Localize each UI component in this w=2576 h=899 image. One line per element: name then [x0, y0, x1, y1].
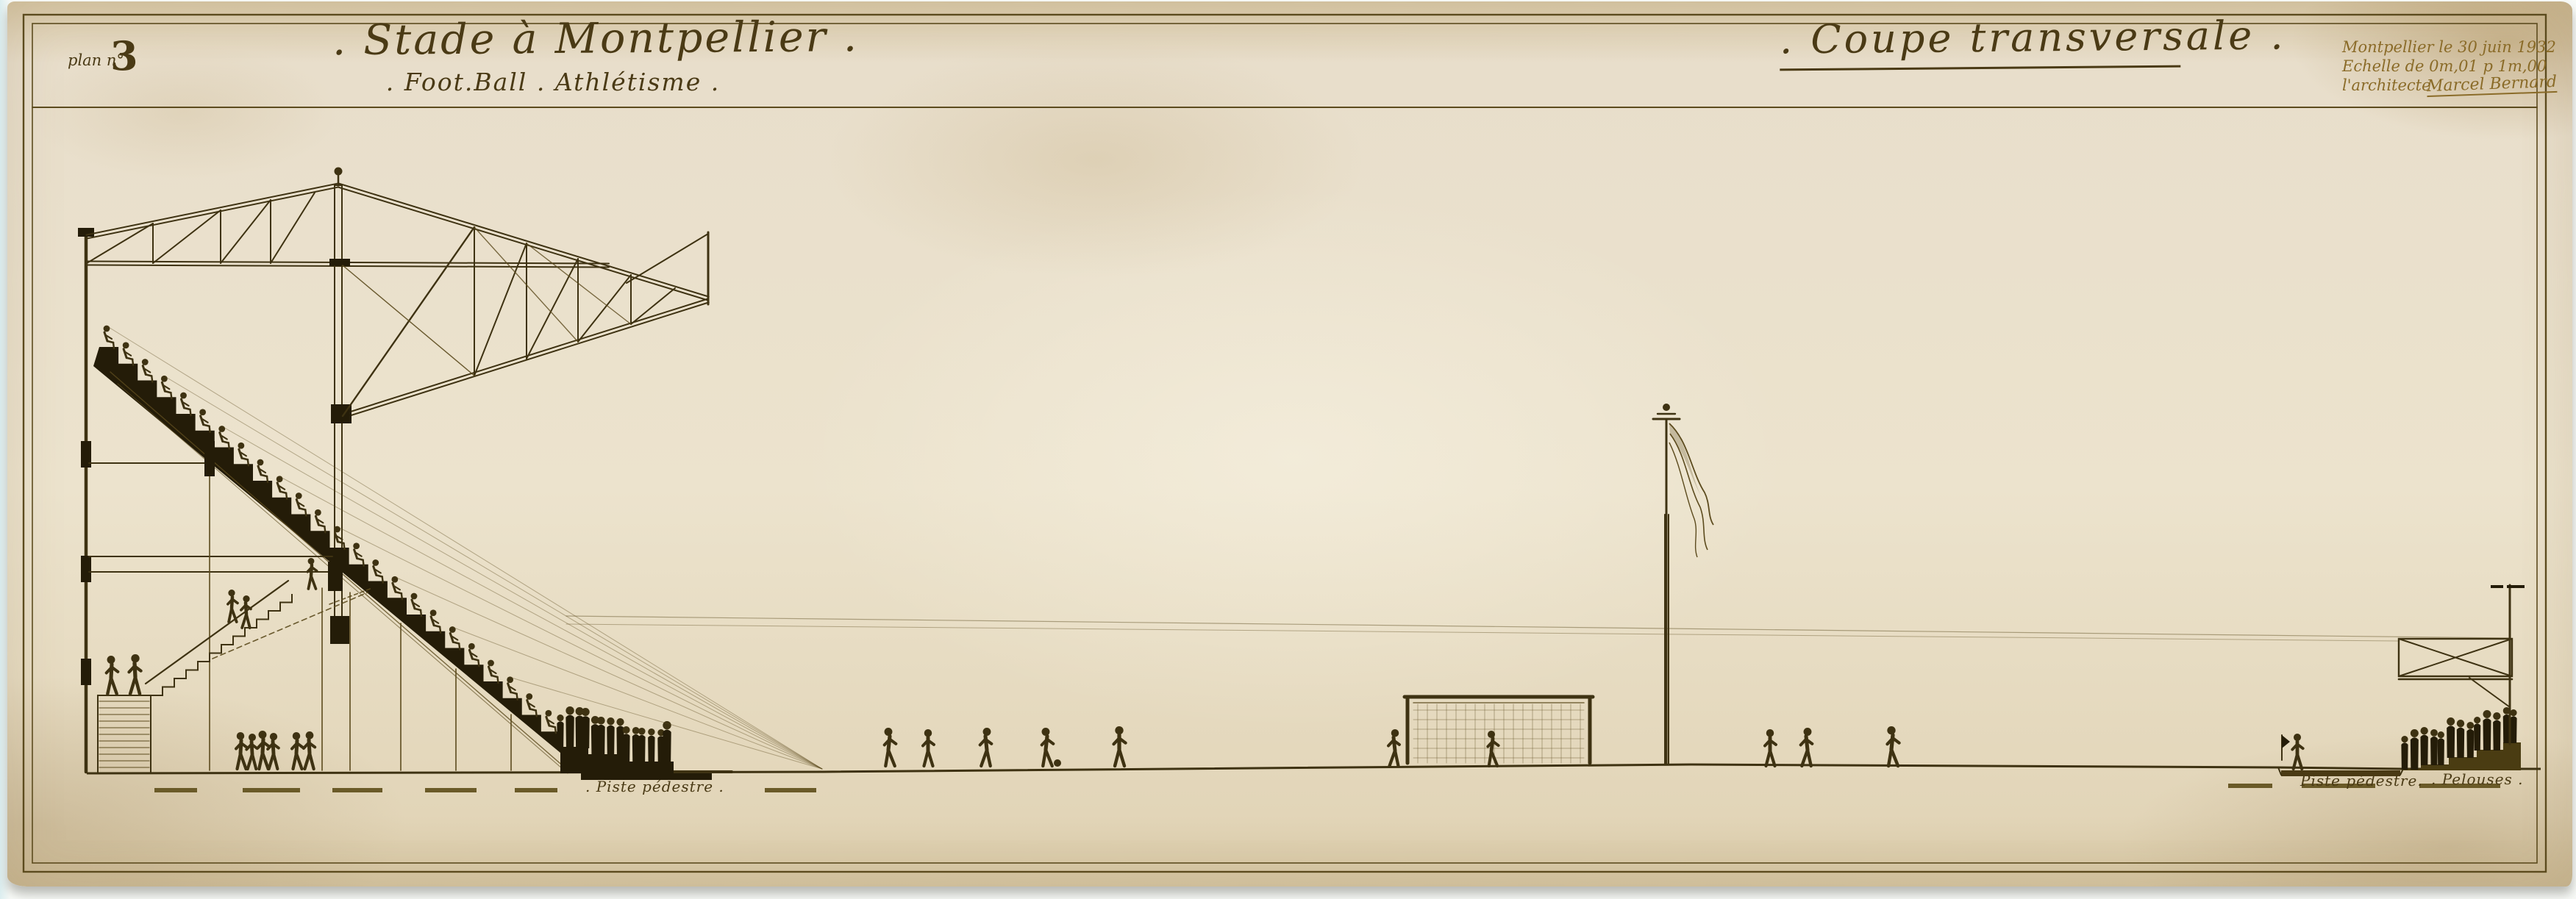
- architect-line: l'architecte: [2342, 76, 2431, 95]
- players: [885, 726, 2303, 769]
- long-sight-lines: [566, 616, 2509, 641]
- sheet-subtitle: . Foot.Ball . Athlétisme .: [332, 68, 774, 96]
- plan-number: 3: [110, 32, 138, 79]
- border-frame: [24, 15, 2546, 872]
- right-terrace: [2399, 585, 2525, 770]
- sight-line-fan: [107, 326, 822, 769]
- scale-line: Echelle de 0m,01 p 1m,00: [2342, 57, 2547, 76]
- lawn-label-right: . Pelouses .: [2431, 770, 2505, 788]
- track-label-right: Piste pédestre.: [2300, 772, 2396, 789]
- track-label-left: . Piste pédestre .: [585, 778, 703, 795]
- ground: [87, 764, 2541, 792]
- sheet-title: . Stade à Montpellier .: [332, 13, 774, 65]
- photo-of-plan: plan n° 3 . Stade à Montpellier . . Foot…: [0, 0, 2576, 899]
- grandstand: [89, 326, 674, 773]
- section-title: . Coupe transversale .: [1780, 13, 2181, 71]
- date-line: Montpellier le 30 juin 1932: [2342, 38, 2556, 57]
- goal: [1405, 697, 1593, 763]
- flag-mast: [1653, 404, 1713, 764]
- section-drawing: [0, 0, 2576, 899]
- roof-truss: [78, 168, 709, 772]
